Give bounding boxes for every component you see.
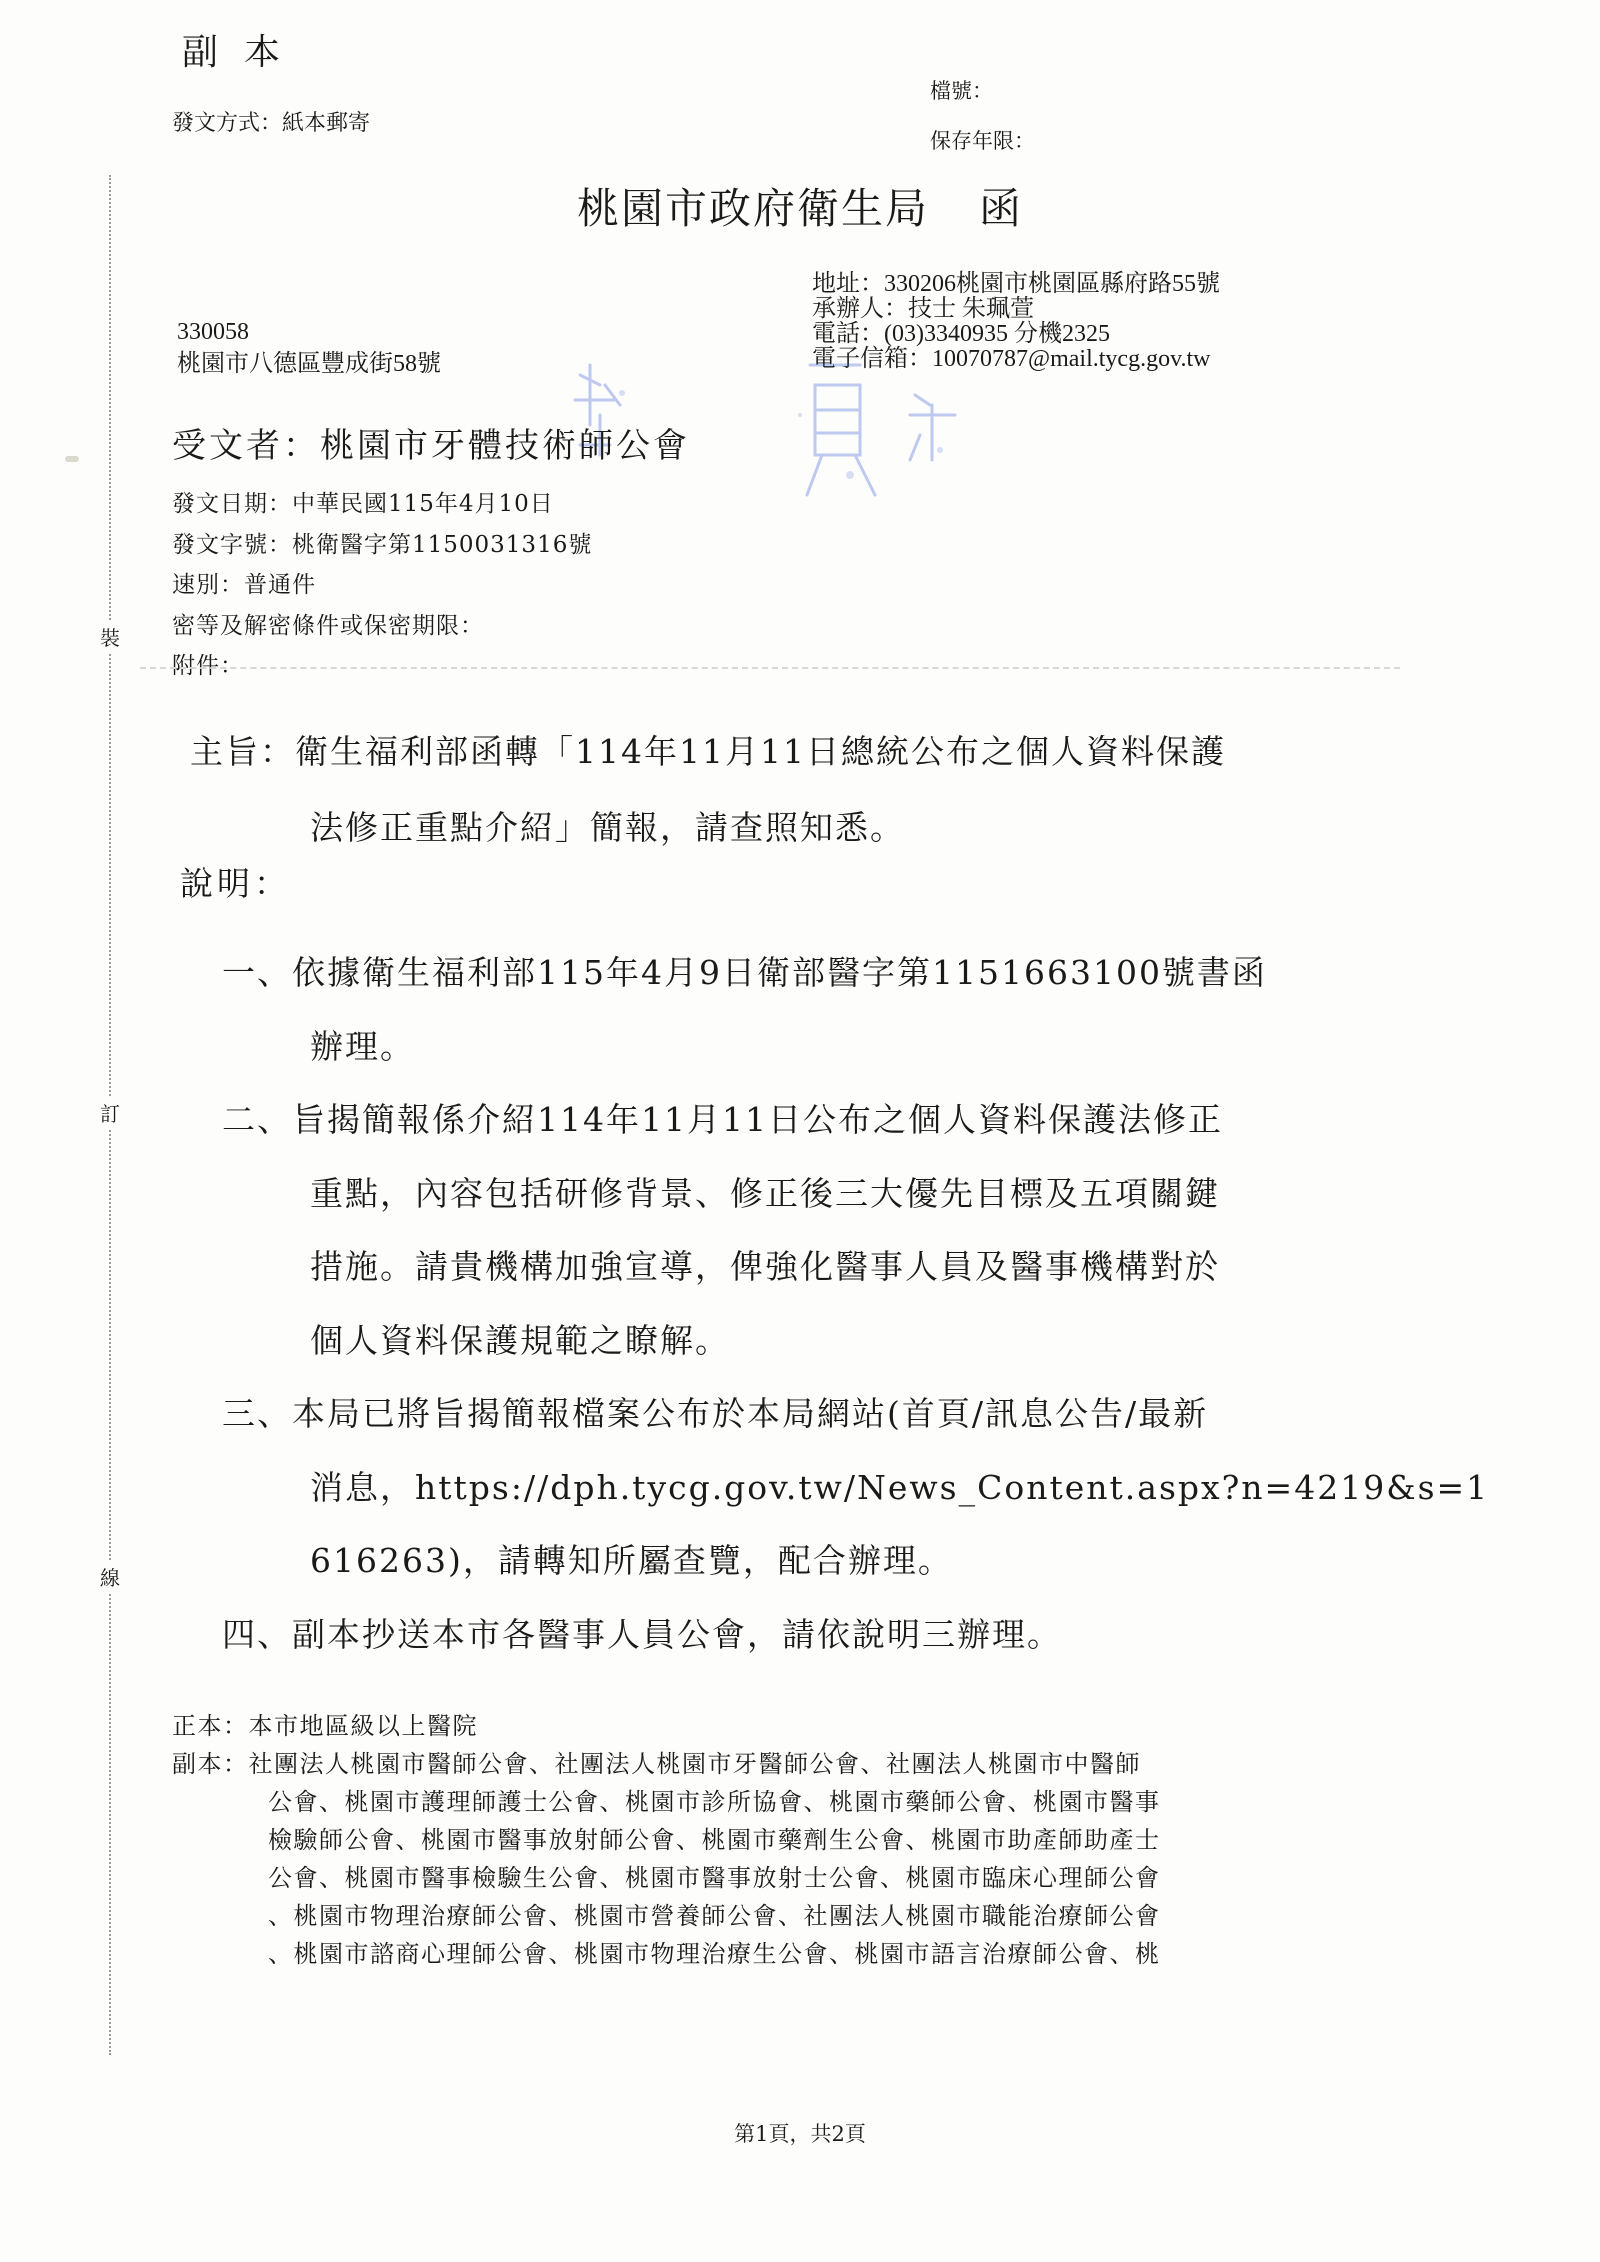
copy-recipients-line: 副本：社團法人桃園市醫師公會、社團法人桃園市牙醫師公會、社團法人桃園市中醫師 (172, 1745, 1161, 1783)
binding-mark-zhuang: 裝 (100, 620, 120, 653)
subject-line-1: 主旨：衛生福利部函轉「114年11月11日總統公布之個人資料保護 (190, 714, 1226, 790)
delivery-speed: 速別：普通件 (172, 565, 592, 606)
explanation-label: 說明： (180, 858, 291, 905)
explanation-item-4: 四、副本抄送本市各醫事人員公會，請依說明三辦理。 (222, 1598, 1489, 1672)
recipient-street-address: 桃園市八德區豐成街58號 (177, 348, 441, 380)
recipient-postal-code: 330058 (177, 316, 441, 348)
page-indicator: 第1頁，共2頁 (0, 2118, 1600, 2148)
addressee: 受文者：桃園市牙體技術師公會 (172, 418, 690, 467)
copy-recipients-line: 檢驗師公會、桃園市醫事放射師公會、桃園市藥劑生公會、桃園市助產師助產士 (172, 1821, 1161, 1859)
document-number: 發文字號：桃衛醫字第1150031316號 (172, 525, 592, 566)
file-meta: 檔號： 保存年限： (930, 66, 1035, 166)
sender-contact: 地址：330206桃園市桃園區縣府路55號 承辦人：技士 朱珮萱 電話：(03)… (812, 272, 1220, 372)
sender-handler: 承辦人：技士 朱珮萱 (812, 297, 1220, 322)
item-line-url: 消息，https://dph.tycg.gov.tw/News_Content.… (222, 1451, 1489, 1525)
sender-address: 地址：330206桃園市桃園區縣府路55號 (812, 272, 1220, 297)
sender-email: 電子信箱：10070787@mail.tycg.gov.tw (812, 347, 1220, 372)
copy-mark: 副本 (182, 24, 306, 75)
file-number-label: 檔號： (930, 66, 1035, 116)
security-level: 密等及解密條件或保密期限： (172, 606, 592, 647)
agency-name: 桃園市政府衛生局 (577, 184, 929, 233)
sender-phone: 電話：(03)3340935 分機2325 (812, 322, 1220, 347)
item-line: 個人資料保護規範之瞭解。 (222, 1304, 1489, 1378)
subject-line-2: 法修正重點介紹」簡報，請查照知悉。 (190, 790, 1226, 866)
explanation-item-2: 二、旨揭簡報係介紹114年11月11日公布之個人資料保護法修正 重點，內容包括研… (222, 1083, 1489, 1377)
item-line: 四、副本抄送本市各醫事人員公會，請依說明三辦理。 (222, 1598, 1489, 1672)
copy-recipients-line: 公會、桃園市醫事檢驗生公會、桃園市醫事放射士公會、桃園市臨床心理師公會 (172, 1859, 1161, 1897)
doc-type: 函 (979, 184, 1023, 233)
recipient-address: 330058 桃園市八德區豐成街58號 (177, 316, 441, 380)
issue-date: 發文日期：中華民國115年4月10日 (172, 484, 592, 525)
original-recipients: 正本：本市地區級以上醫院 (172, 1707, 1161, 1745)
explanation-items: 一、依據衛生福利部115年4月9日衛部醫字第1151663100號書函 辦理。 … (222, 936, 1489, 1671)
document-meta: 發文日期：中華民國115年4月10日 發文字號：桃衛醫字第1150031316號… (172, 484, 592, 687)
send-method: 發文方式：紙本郵寄 (172, 106, 370, 137)
document-title: 桃園市政府衛生局函 (0, 176, 1600, 236)
item-line: 辦理。 (222, 1010, 1489, 1084)
explanation-item-1: 一、依據衛生福利部115年4月9日衛部醫字第1151663100號書函 辦理。 (222, 936, 1489, 1083)
item-line: 重點，內容包括研修背景、修正後三大優先目標及五項關鍵 (222, 1157, 1489, 1231)
paper-smudge (65, 456, 79, 462)
copy-recipients-line: 、桃園市諮商心理師公會、桃園市物理治療生公會、桃園市語言治療師公會、桃 (172, 1935, 1161, 1973)
section-divider (140, 667, 1400, 669)
binding-mark-ding: 訂 (100, 1096, 120, 1129)
distribution-list: 正本：本市地區級以上醫院 副本：社團法人桃園市醫師公會、社團法人桃園市牙醫師公會… (172, 1707, 1161, 1973)
item-line: 三、本局已將旨揭簡報檔案公布於本局網站(首頁/訊息公告/最新 (222, 1377, 1489, 1451)
item-line: 二、旨揭簡報係介紹114年11月11日公布之個人資料保護法修正 (222, 1083, 1489, 1157)
copy-recipients-line: 、桃園市物理治療師公會、桃園市營養師公會、社團法人桃園市職能治療師公會 (172, 1897, 1161, 1935)
copy-recipients-line: 公會、桃園市護理師護士公會、桃園市診所協會、桃園市藥師公會、桃園市醫事 (172, 1783, 1161, 1821)
explanation-item-3: 三、本局已將旨揭簡報檔案公布於本局網站(首頁/訊息公告/最新 消息，https:… (222, 1377, 1489, 1598)
retention-label: 保存年限： (930, 116, 1035, 166)
item-line: 616263)，請轉知所屬查覽，配合辦理。 (222, 1524, 1489, 1598)
subject: 主旨：衛生福利部函轉「114年11月11日總統公布之個人資料保護 法修正重點介紹… (190, 714, 1226, 866)
item-line: 一、依據衛生福利部115年4月9日衛部醫字第1151663100號書函 (222, 936, 1489, 1010)
item-line: 措施。請貴機構加強宣導，俾強化醫事人員及醫事機構對於 (222, 1230, 1489, 1304)
binding-mark-xian: 線 (100, 1560, 120, 1593)
